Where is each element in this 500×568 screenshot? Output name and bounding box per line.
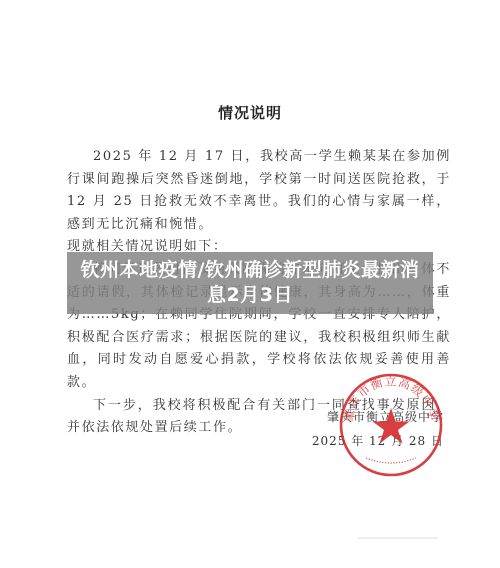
faint-mark <box>358 537 438 539</box>
headline-banner: 钦州本地疫情/钦州确诊新型肺炎最新消息2月3日 <box>67 252 433 314</box>
headline-text: 钦州本地疫情/钦州确诊新型肺炎最新消息2月3日 <box>75 258 425 308</box>
signature-organization: 肇庆市衡立高级中学 <box>284 408 444 425</box>
paragraph-incident: 2025 年 12 月 17 日，我校高一学生赖某某在参加例行课间跑操后突然昏迷… <box>67 146 451 236</box>
document-page: 情况说明 2025 年 12 月 17 日，我校高一学生赖某某在参加例行课间跑操… <box>0 0 500 568</box>
signature-date: 2025 年 12 月 28 日 <box>284 432 444 449</box>
document-title: 情况说明 <box>0 102 500 123</box>
